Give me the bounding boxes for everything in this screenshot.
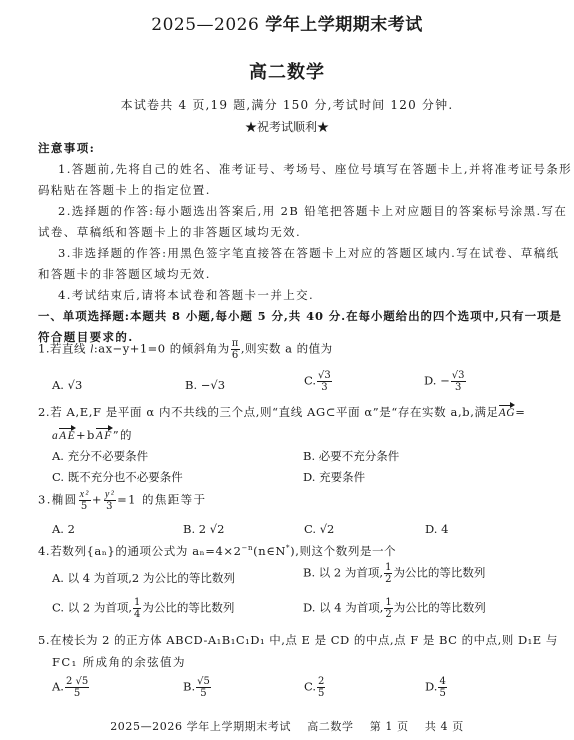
question-1-option-d[interactable]: D. −√33 xyxy=(424,370,467,393)
question-2-stem-line1: 2.若 A,E,F 是平面 α 内不共线的三个点,则“直线 AG⊂平面 α”是“… xyxy=(38,404,525,420)
page-footer: 2025—2026 学年上学期期末考试 高二数学 第 1 页 共 4 页 xyxy=(0,718,574,734)
question-5-stem-line2: FC₁ 所成角的余弦值为 xyxy=(52,654,186,670)
question-4-option-a[interactable]: A. 以 4 为首项,2 为公比的等比数列 xyxy=(52,570,235,586)
note-1-line2: 码粘贴在答题卡上的指定位置. xyxy=(38,182,211,198)
question-2-option-d[interactable]: D. 充要条件 xyxy=(303,469,365,485)
exam-name: 学年上学期期末考试 xyxy=(265,15,423,35)
note-2-line2: 试卷、草稿纸和答题卡上的非答题区域均无效. xyxy=(38,224,301,240)
note-3-line2: 和答题卡的非答题区域均无效. xyxy=(38,266,211,282)
question-4-option-d[interactable]: D. 以 4 为首项,12为公比的等比数列 xyxy=(303,597,486,620)
exam-title: 2025—2026 学年上学期期末考试 xyxy=(0,10,574,35)
question-4-stem: 4.若数列{aₙ}的通项公式为 aₙ=4×2−n(n∈N*),则这个数列是一个 xyxy=(38,543,396,559)
subject-title: 高二数学 xyxy=(0,58,574,84)
question-2-option-c[interactable]: C. 既不充分也不必要条件 xyxy=(52,469,183,485)
question-3-option-b[interactable]: B. 2 √2 xyxy=(183,522,224,536)
question-1-option-a[interactable]: A. √3 xyxy=(52,378,82,392)
footer-subject: 高二数学 xyxy=(307,720,353,733)
question-5-option-d[interactable]: D.45 xyxy=(425,676,448,699)
question-2-option-b[interactable]: B. 必要不充分条件 xyxy=(303,448,399,464)
question-1-stem: 1.若直线 l:ax−y+1=0 的倾斜角为π6,则实数 a 的值为 xyxy=(38,338,333,361)
question-5-option-a[interactable]: A.2 √55 xyxy=(52,676,90,699)
note-2-line1: 2.选择题的作答:每小题选出答案后,用 2B 铅笔把答题卡上对应题目的答案标号涂… xyxy=(58,203,567,219)
question-2-option-a[interactable]: A. 充分不必要条件 xyxy=(52,448,148,464)
exam-info: 本试卷共 4 页,19 题,满分 150 分,考试时间 120 分钟. xyxy=(0,96,574,113)
footer-exam: 2025—2026 学年上学期期末考试 xyxy=(110,720,291,733)
note-3-line1: 3.非选择题的作答:用黑色签字笔直接答在答题卡上对应的答题区域内.写在试卷、草稿… xyxy=(58,245,559,261)
note-1-line1: 1.答题前,先将自己的姓名、准考证号、考场号、座位号填写在答题卡上,并将准考证号… xyxy=(58,161,572,177)
question-3-stem: 3.椭圆x²5+y²3=1 的焦距等于 xyxy=(38,489,206,512)
question-5-option-b[interactable]: B.√55 xyxy=(183,676,212,699)
question-5-stem-line1: 5.在棱长为 2 的正方体 ABCD-A₁B₁C₁D₁ 中,点 E 是 CD 的… xyxy=(38,632,558,648)
question-5-option-c[interactable]: C.25 xyxy=(304,676,326,699)
note-4-line1: 4.考试结束后,请将本试卷和答题卡一并上交. xyxy=(58,287,314,303)
fraction: π6 xyxy=(231,338,240,361)
section-1-heading: 一、单项选择题:本题共 8 小题,每小题 5 分,共 40 分.在每小题给出的四… xyxy=(38,308,562,324)
question-1-option-c[interactable]: C.√33 xyxy=(304,370,333,393)
exam-years: 2025—2026 xyxy=(151,15,259,35)
question-4-option-c[interactable]: C. 以 2 为首项,14为公比的等比数列 xyxy=(52,597,234,620)
question-3-option-c[interactable]: C. √2 xyxy=(304,522,334,536)
notes-heading: 注意事项: xyxy=(38,140,95,156)
question-2-stem-line2: aAE+bAF”的 xyxy=(52,427,133,443)
question-3-option-d[interactable]: D. 4 xyxy=(425,522,448,536)
footer-page: 第 1 页 xyxy=(370,720,409,733)
footer-total: 共 4 页 xyxy=(425,720,464,733)
exam-wish: ★祝考试顺利★ xyxy=(0,118,574,135)
question-3-option-a[interactable]: A. 2 xyxy=(52,522,75,536)
question-4-option-b[interactable]: B. 以 2 为首项,12为公比的等比数列 xyxy=(303,562,485,585)
question-1-option-b[interactable]: B. −√3 xyxy=(185,378,225,392)
